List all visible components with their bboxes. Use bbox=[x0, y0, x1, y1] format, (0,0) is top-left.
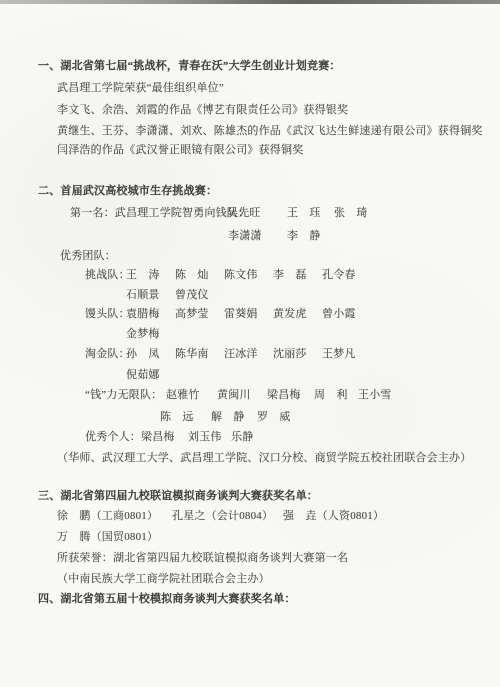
text-run: 王 涛 bbox=[126, 266, 160, 282]
text-run: 淘金队： bbox=[85, 345, 130, 361]
text-run: 高梦莹 bbox=[175, 305, 209, 321]
text-run: 王梦凡 bbox=[322, 345, 356, 361]
text-run: 黄闽川 bbox=[217, 386, 251, 402]
text-run: 解 静 bbox=[211, 408, 245, 424]
text-run: 罗 威 bbox=[257, 408, 291, 424]
text-run: 陈文伟 bbox=[224, 266, 258, 282]
doc-line: 李文飞、余浩、刘霞的作品《博艺有限责任公司》获得银奖 bbox=[0, 101, 500, 116]
text-run: 优秀个人： bbox=[85, 428, 141, 444]
text-run: 吴先旺 bbox=[227, 204, 261, 220]
doc-line: 黄继生、王芬、李潇潇、刘欢、陈雄杰的作品《武汉飞达生鲜速递有限公司》获得铜奖 bbox=[0, 122, 500, 137]
text-run: 徐 鹏（工商0801） bbox=[57, 507, 158, 523]
text-run: 张 琦 bbox=[334, 204, 368, 220]
text-run: 梁昌梅 bbox=[141, 428, 175, 444]
text-run: ‹ bbox=[341, 546, 344, 556]
text-run: 优秀团队： bbox=[60, 247, 116, 263]
doc-line: 李潇潇李 静 bbox=[0, 227, 500, 242]
text-run: 王 珏 bbox=[287, 204, 321, 220]
doc-line: （中南民族大学工商学院社团联合会主办） bbox=[0, 570, 500, 585]
text-run: 赵雅竹 bbox=[166, 386, 200, 402]
text-run: 黄继生、王芬、李潇潇、刘欢、陈雄杰的作品《武汉飞达生鲜速递有限公司》获得铜奖 bbox=[57, 122, 483, 138]
doc-line: 石顺景曾茂仪 bbox=[0, 286, 500, 301]
text-run: 乐静 bbox=[231, 428, 253, 444]
scanner-edge-shadow bbox=[0, 0, 500, 4]
text-run: “钱”力无限队： bbox=[85, 386, 162, 402]
text-run: 万 腾（国贸0801） bbox=[57, 528, 158, 544]
doc-line: 万 腾（国贸0801） bbox=[0, 528, 500, 543]
text-run: 陈 远 bbox=[160, 408, 194, 424]
text-run: （华师、武汉理工大学、武昌理工学院、汉口分校、商贸学院五校社团联合会主办） bbox=[57, 449, 471, 465]
text-run: 黄发虎 bbox=[273, 305, 307, 321]
text-run: 金梦梅 bbox=[126, 325, 160, 341]
doc-line: 馒头队：袁腊梅高梦莹雷葵娟黄发虎曾小霞 bbox=[0, 305, 500, 320]
text-run: 周 利 bbox=[314, 386, 348, 402]
text-run: 陈华南 bbox=[175, 345, 209, 361]
text-run: 刘玉伟 bbox=[188, 428, 222, 444]
text-run: 强 垚（人资0801） bbox=[283, 507, 384, 523]
text-run: 倪茹娜 bbox=[126, 366, 160, 382]
doc-line: “钱”力无限队：赵雅竹黄闽川梁昌梅周 利王小雪 bbox=[0, 386, 500, 401]
text-run: 二、首届武汉高校城市生存挑战赛： bbox=[38, 182, 217, 198]
text-run: 李 静 bbox=[287, 227, 321, 243]
scan-artifact: ‹ bbox=[0, 546, 500, 561]
text-run: 李文飞、余浩、刘霞的作品《博艺有限责任公司》获得银奖 bbox=[57, 101, 348, 117]
text-run: 武昌理工学院荣获“最佳组织单位” bbox=[57, 79, 224, 95]
doc-line: 淘金队：孙 凤陈华南汪冰洋沈丽莎王梦凡 bbox=[0, 345, 500, 360]
doc-line: 徐 鹏（工商0801）孔星之（会计0804）强 垚（人资0801） bbox=[0, 507, 500, 522]
doc-line: （华师、武汉理工大学、武昌理工学院、汉口分校、商贸学院五校社团联合会主办） bbox=[0, 449, 500, 464]
text-run: 孔令春 bbox=[322, 266, 356, 282]
text-run: 孔星之（会计0804） bbox=[172, 507, 273, 523]
text-run: 李潇潇 bbox=[228, 227, 262, 243]
section-3-heading: 三、湖北省第四届九校联谊模拟商务谈判大赛获奖名单： bbox=[0, 487, 500, 502]
section-1-heading: 一、湖北省第七届“挑战杯，青春在沃”大学生创业计划竞赛： bbox=[0, 57, 500, 72]
text-run: 王小雪 bbox=[358, 386, 392, 402]
text-run: 陈 灿 bbox=[175, 266, 209, 282]
doc-line: 挑战队：王 涛陈 灿陈文伟李 磊孔令春 bbox=[0, 266, 500, 281]
text-run: 曾茂仪 bbox=[175, 286, 209, 302]
text-run: 馒头队： bbox=[85, 305, 130, 321]
doc-line: 武昌理工学院荣获“最佳组织单位” bbox=[0, 79, 500, 94]
section-4-heading: 四、湖北省第五届十校模拟商务谈判大赛获奖名单： bbox=[0, 590, 500, 605]
text-run: 李 磊 bbox=[273, 266, 307, 282]
text-run: 雷葵娟 bbox=[224, 305, 258, 321]
doc-line: 优秀团队： bbox=[0, 247, 500, 262]
text-run: 三、湖北省第四届九校联谊模拟商务谈判大赛获奖名单： bbox=[38, 487, 318, 503]
text-run: 石顺景 bbox=[126, 286, 160, 302]
text-run: 第一名：武昌理工学院智勇向钱队： bbox=[70, 204, 249, 220]
text-run: 汪冰洋 bbox=[224, 345, 258, 361]
doc-line: 倪茹娜 bbox=[0, 366, 500, 381]
text-run: 一、湖北省第七届“挑战杯，青春在沃”大学生创业计划竞赛： bbox=[38, 57, 341, 73]
text-run: 四、湖北省第五届十校模拟商务谈判大赛获奖名单： bbox=[38, 590, 296, 606]
doc-line: 第一名：武昌理工学院智勇向钱队：吴先旺王 珏张 琦 bbox=[0, 204, 500, 219]
doc-line: 优秀个人：梁昌梅刘玉伟乐静 bbox=[0, 428, 500, 443]
text-run: 袁腊梅 bbox=[126, 305, 160, 321]
text-run: 挑战队： bbox=[85, 266, 130, 282]
text-run: 梁昌梅 bbox=[267, 386, 301, 402]
document-page: 一、湖北省第七届“挑战杯，青春在沃”大学生创业计划竞赛：武昌理工学院荣获“最佳组… bbox=[0, 0, 500, 687]
doc-line: 闫泽浩的作品《武汉誉正眼镜有限公司》获得铜奖 bbox=[0, 141, 500, 156]
doc-line: 陈 远解 静罗 威 bbox=[0, 408, 500, 423]
text-run: 曾小霞 bbox=[322, 305, 356, 321]
text-run: （中南民族大学工商学院社团联合会主办） bbox=[57, 570, 270, 586]
text-run: 闫泽浩的作品《武汉誉正眼镜有限公司》获得铜奖 bbox=[57, 141, 303, 157]
section-2-heading: 二、首届武汉高校城市生存挑战赛： bbox=[0, 182, 500, 197]
doc-line: 金梦梅 bbox=[0, 325, 500, 340]
text-run: 沈丽莎 bbox=[273, 345, 307, 361]
text-run: 孙 凤 bbox=[126, 345, 160, 361]
